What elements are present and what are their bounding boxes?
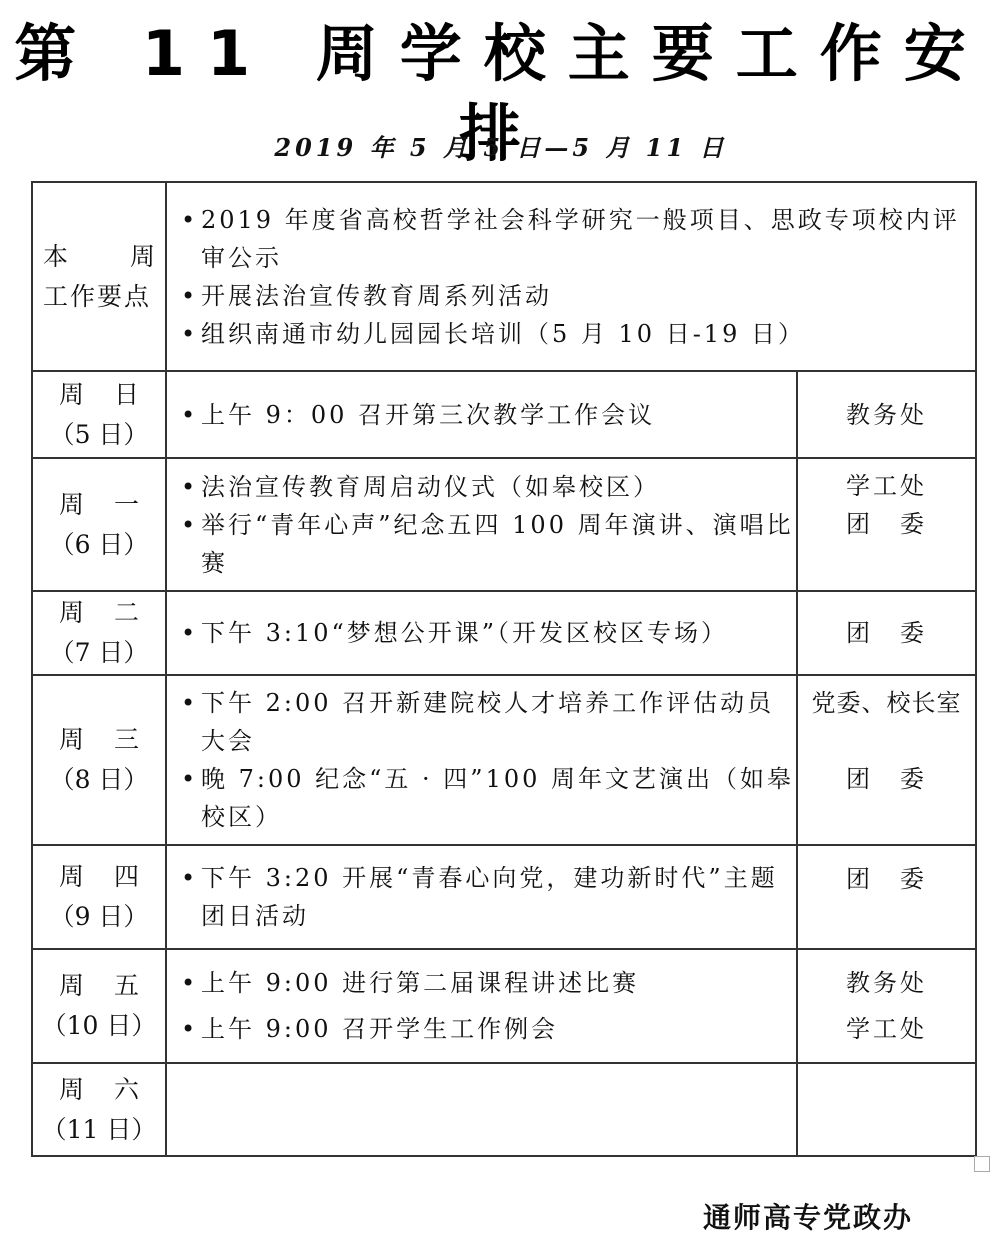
- table-row: 周三 （8 日） 下午 2:00 召开新建院校人才培养工作评估动员大会 晚 7:…: [32, 675, 976, 845]
- dept-cell: 党委、校长室 团 委: [797, 675, 976, 845]
- day-cell: 周六 （11 日）: [32, 1063, 166, 1156]
- list-item: 组织南通市幼儿园园长培训（5 月 10 日-19 日）: [181, 315, 975, 353]
- dept-cell: 团 委: [797, 845, 976, 949]
- signature: 通师高专党政办: [703, 1196, 913, 1236]
- table-resize-handle[interactable]: [974, 1156, 990, 1172]
- dept: 团 委: [798, 505, 975, 543]
- list-item: 2019 年度省高校哲学社会科学研究一般项目、思政专项校内评审公示: [181, 201, 975, 277]
- dept: 学工处: [798, 467, 975, 505]
- day-date: （10 日）: [33, 1006, 165, 1046]
- dept: 团 委: [798, 614, 975, 652]
- weekday: 周: [59, 857, 84, 897]
- dept-cell: 学工处 团 委: [797, 458, 976, 591]
- day-cell: 周三 （8 日）: [32, 675, 166, 845]
- list-item: 上午 9：00 召开第三次教学工作会议: [181, 396, 796, 434]
- dept: 教务处: [798, 960, 975, 1006]
- weekday: 周: [59, 593, 84, 633]
- day-cell: 周一 （6 日）: [32, 458, 166, 591]
- dept-cell: 教务处: [797, 371, 976, 458]
- events-cell: 下午 3:20 开展“青春心向党，建功新时代”主题团日活动: [166, 845, 797, 949]
- weekday: 六: [114, 1070, 139, 1110]
- table-row: 周二 （7 日） 下午 3:10“梦想公开课”（开发区校区专场） 团 委: [32, 591, 976, 675]
- weekday: 四: [114, 857, 139, 897]
- label-part: 周: [130, 237, 155, 277]
- table-row: 周六 （11 日）: [32, 1063, 976, 1156]
- schedule-table: 本 周 工作要点 2019 年度省高校哲学社会科学研究一般项目、思政专项校内评审…: [31, 181, 977, 1157]
- list-item: 上午 9:00 召开学生工作例会: [181, 1006, 796, 1052]
- events-cell: 上午 9：00 召开第三次教学工作会议: [166, 371, 797, 458]
- dept: 学工处: [798, 1006, 975, 1052]
- weekday: 周: [59, 1070, 84, 1110]
- table-row: 周四 （9 日） 下午 3:20 开展“青春心向党，建功新时代”主题团日活动 团…: [32, 845, 976, 949]
- events-cell: 法治宣传教育周启动仪式（如皋校区） 举行“青年心声”纪念五四 100 周年演讲、…: [166, 458, 797, 591]
- dept: 团 委: [798, 760, 975, 798]
- weekday: 周: [59, 966, 84, 1006]
- list-item: 举行“青年心声”纪念五四 100 周年演讲、演唱比赛: [181, 506, 796, 582]
- list-item: 晚 7:00 纪念“五 · 四”100 周年文艺演出（如皋校区）: [181, 760, 796, 836]
- weekday: 三: [114, 720, 139, 760]
- day-cell: 周五 （10 日）: [32, 949, 166, 1063]
- dept-cell: [797, 1063, 976, 1156]
- list-item: 下午 2:00 召开新建院校人才培养工作评估动员大会: [181, 684, 796, 760]
- list-item: 法治宣传教育周启动仪式（如皋校区）: [181, 468, 796, 506]
- table-row: 周一 （6 日） 法治宣传教育周启动仪式（如皋校区） 举行“青年心声”纪念五四 …: [32, 458, 976, 591]
- weekday: 日: [114, 375, 139, 415]
- day-cell: 周二 （7 日）: [32, 591, 166, 675]
- day-date: （8 日）: [33, 760, 165, 800]
- dept-cell: 团 委: [797, 591, 976, 675]
- list-item: 下午 3:20 开展“青春心向党，建功新时代”主题团日活动: [181, 859, 796, 935]
- label-part: 工作要点: [43, 277, 155, 317]
- label-part: 本: [43, 237, 68, 277]
- dept: 团 委: [798, 860, 975, 898]
- day-cell: 周日 （5 日）: [32, 371, 166, 458]
- weekday: 五: [114, 966, 139, 1006]
- weekday: 一: [114, 485, 139, 525]
- key-points-row: 本 周 工作要点 2019 年度省高校哲学社会科学研究一般项目、思政专项校内评审…: [32, 182, 976, 371]
- events-cell: 上午 9:00 进行第二届课程讲述比赛 上午 9:00 召开学生工作例会: [166, 949, 797, 1063]
- list-item: 上午 9:00 进行第二届课程讲述比赛: [181, 960, 796, 1006]
- day-date: （9 日）: [33, 897, 165, 937]
- table-row: 周日 （5 日） 上午 9：00 召开第三次教学工作会议 教务处: [32, 371, 976, 458]
- weekday: 周: [59, 485, 84, 525]
- key-points-label: 本 周 工作要点: [32, 182, 166, 371]
- key-points-list: 2019 年度省高校哲学社会科学研究一般项目、思政专项校内评审公示 开展法治宣传…: [166, 182, 976, 371]
- weekday: 二: [114, 593, 139, 633]
- events-cell: 下午 2:00 召开新建院校人才培养工作评估动员大会 晚 7:00 纪念“五 ·…: [166, 675, 797, 845]
- day-date: （5 日）: [33, 415, 165, 455]
- list-item: 开展法治宣传教育周系列活动: [181, 277, 975, 315]
- dept: 党委、校长室: [798, 684, 975, 722]
- events-cell: [166, 1063, 797, 1156]
- table-row: 周五 （10 日） 上午 9:00 进行第二届课程讲述比赛 上午 9:00 召开…: [32, 949, 976, 1063]
- date-range: 2019 年 5 月 5 日—5 月 11 日: [0, 128, 1002, 163]
- day-date: （6 日）: [33, 525, 165, 565]
- day-date: （11 日）: [33, 1110, 165, 1150]
- weekday: 周: [59, 375, 84, 415]
- events-cell: 下午 3:10“梦想公开课”（开发区校区专场）: [166, 591, 797, 675]
- day-cell: 周四 （9 日）: [32, 845, 166, 949]
- dept: 教务处: [798, 396, 975, 434]
- weekday: 周: [59, 720, 84, 760]
- list-item: 下午 3:10“梦想公开课”（开发区校区专场）: [181, 614, 796, 652]
- dept-cell: 教务处 学工处: [797, 949, 976, 1063]
- day-date: （7 日）: [33, 633, 165, 673]
